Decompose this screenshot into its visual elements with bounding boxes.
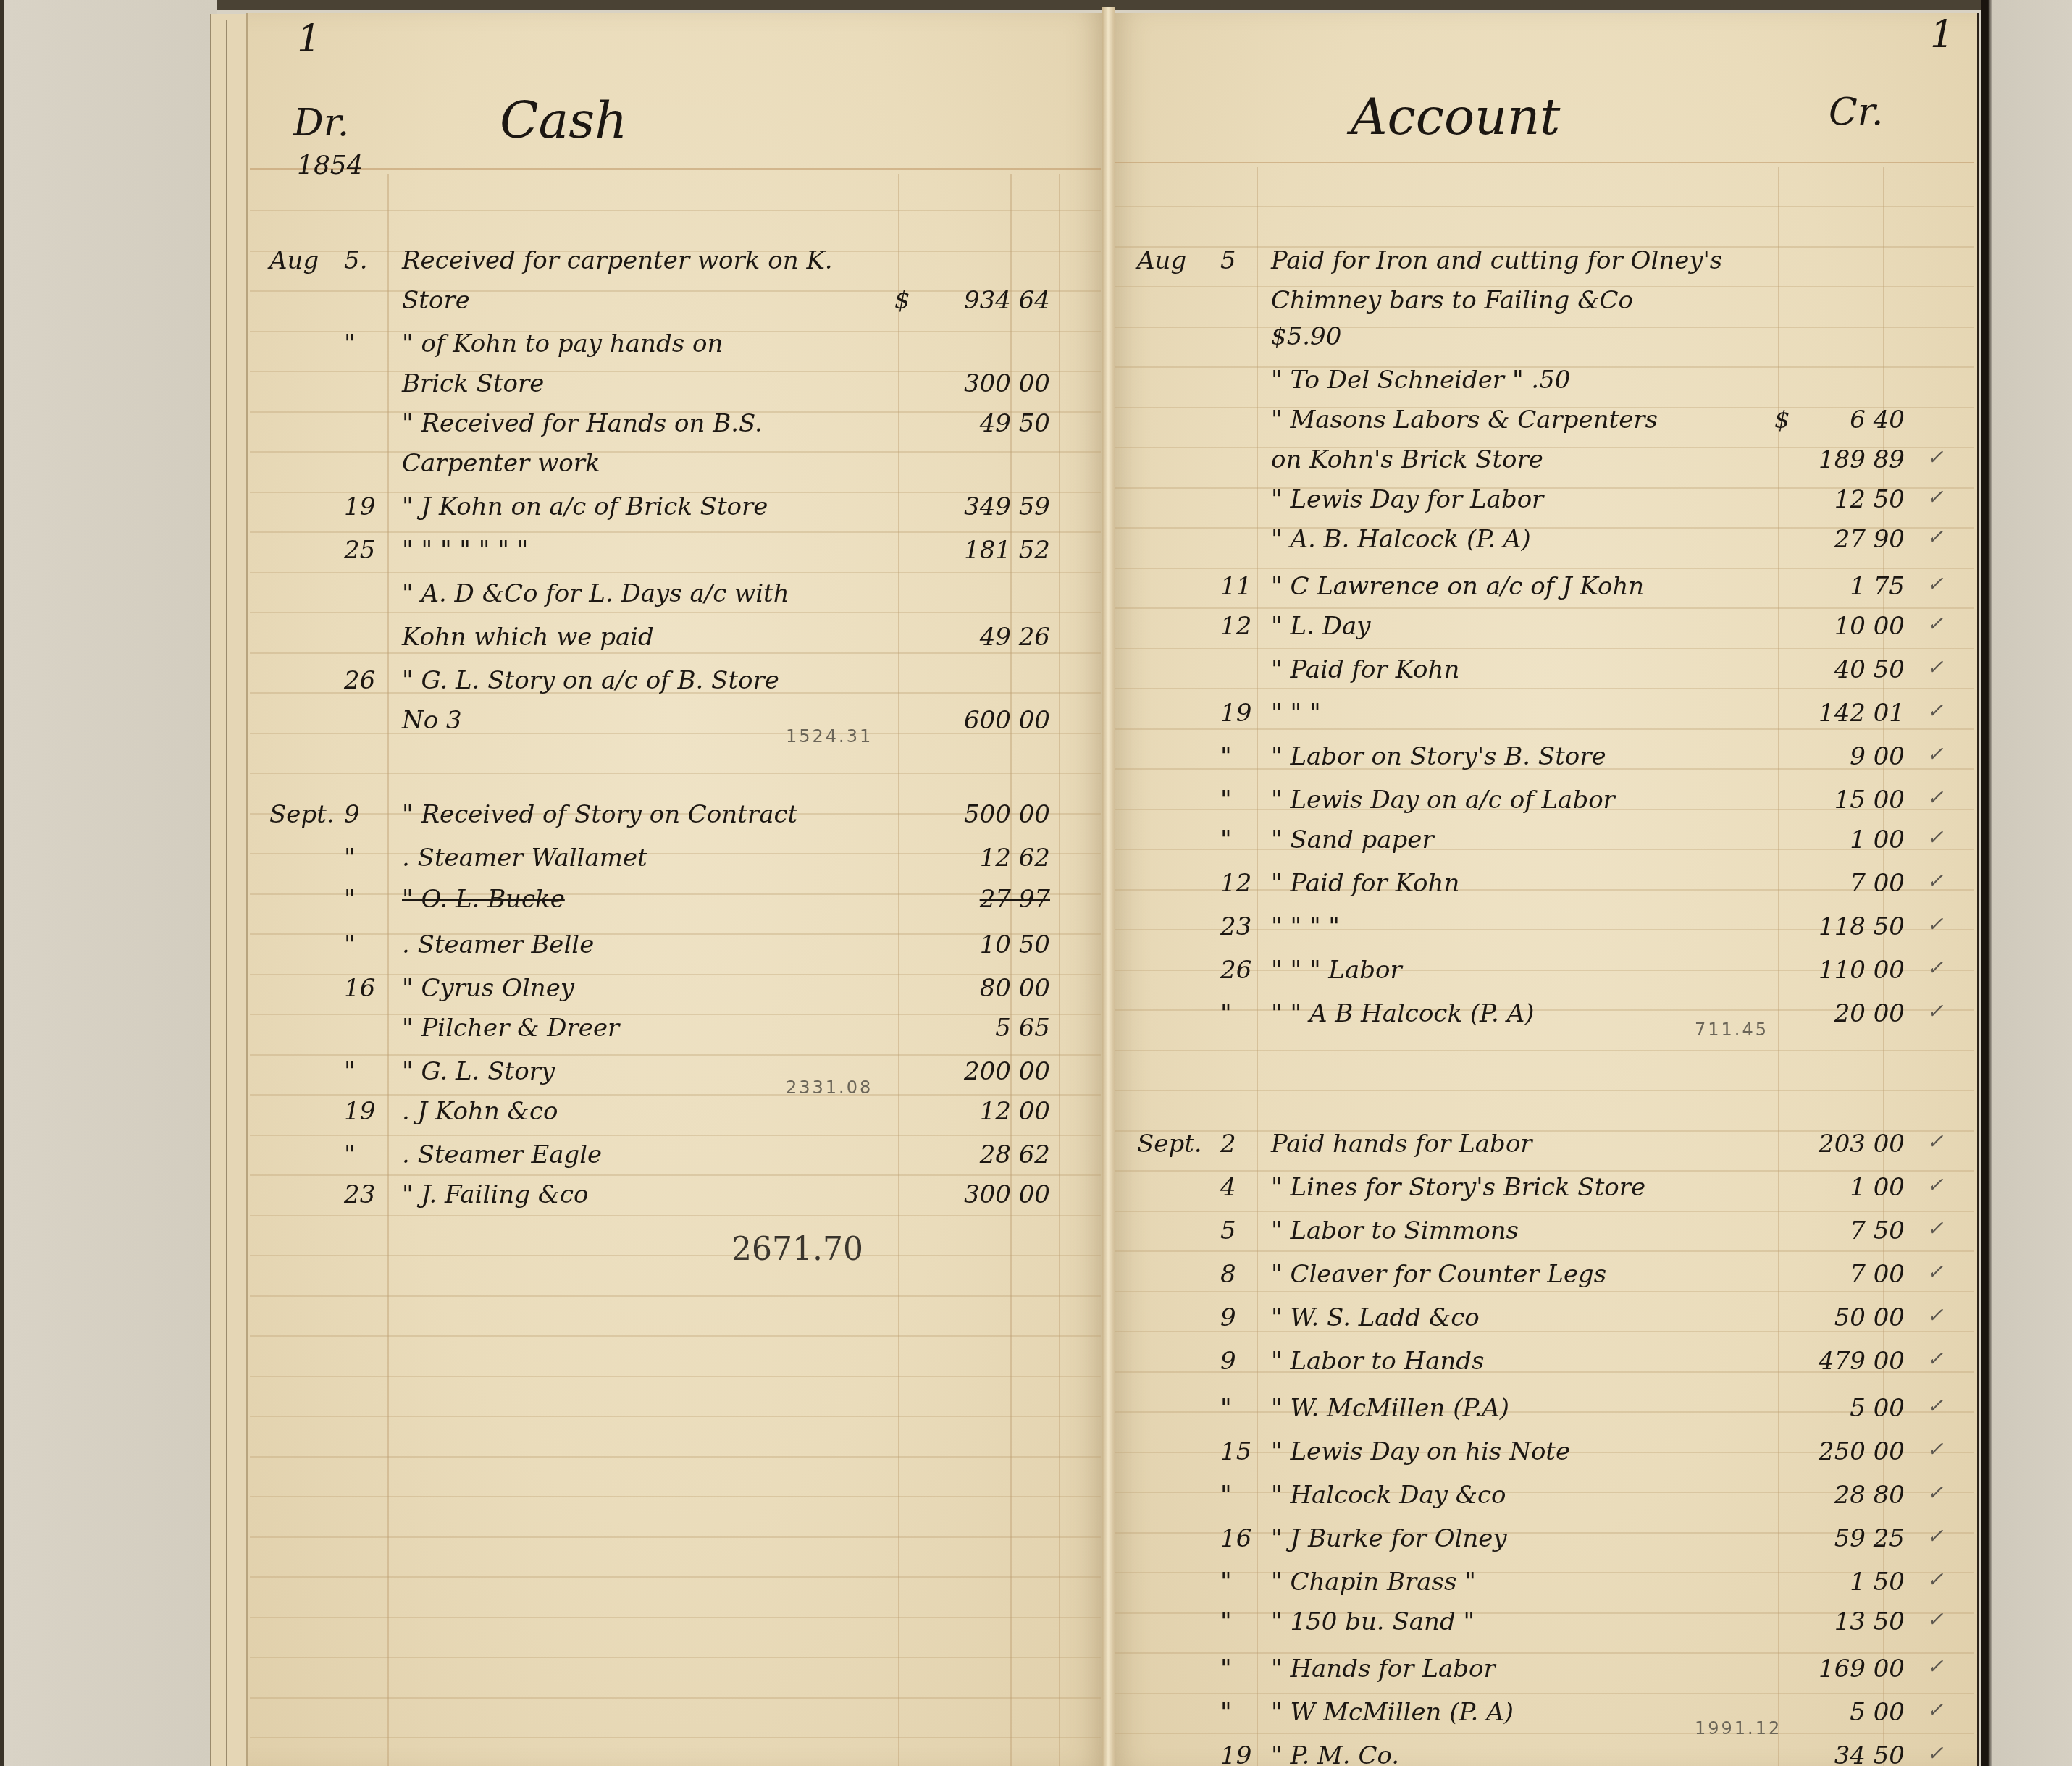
row-rule xyxy=(250,1054,1101,1056)
entry-amount: 5 00 xyxy=(1774,1698,1905,1727)
entry-day: " xyxy=(1220,1394,1232,1423)
checkmark-icon: ✓ xyxy=(1926,1347,1943,1371)
entry-amount: 142 01 xyxy=(1774,699,1905,728)
entry-description: " Cyrus Olney xyxy=(402,974,574,1003)
row-rule xyxy=(1115,206,1974,207)
entry-day: 11 xyxy=(1220,572,1251,601)
pencil-subtotal: 1991.12 xyxy=(1695,1718,1782,1738)
debit-label: Dr. xyxy=(293,101,349,145)
entry-amount: 49 50 xyxy=(920,409,1050,438)
entry-month: Sept. xyxy=(269,800,335,829)
row-rule xyxy=(1115,607,1974,609)
row-rule xyxy=(250,612,1101,613)
row-rule xyxy=(250,1617,1101,1618)
entry-amount: 600 00 xyxy=(920,706,1050,735)
entry-amount: 203 00 xyxy=(1774,1130,1905,1159)
entry-description: " Labor to Hands xyxy=(1271,1347,1485,1376)
checkmark-icon: ✓ xyxy=(1926,1216,1943,1240)
row-rule xyxy=(1115,568,1974,569)
entry-amount: 27 90 xyxy=(1774,525,1905,554)
entry-description: " A. B. Halcock (P. A) xyxy=(1271,525,1531,554)
entry-day: 26 xyxy=(1220,956,1251,985)
entry-amount: 80 00 xyxy=(920,974,1050,1003)
row-rule xyxy=(250,652,1101,654)
pencil-subtotal: 1524.31 xyxy=(786,726,873,747)
entry-amount: 200 00 xyxy=(920,1057,1050,1086)
row-rule xyxy=(1115,1693,1974,1694)
checkmark-icon: ✓ xyxy=(1926,999,1943,1023)
entry-description: . Steamer Eagle xyxy=(402,1140,602,1169)
entry-description: " Lewis Day on his Note xyxy=(1271,1437,1570,1466)
entry-description: " " " " " " " xyxy=(402,536,528,565)
entry-description: " P. M. Co. xyxy=(1271,1741,1399,1766)
entry-amount: 12 50 xyxy=(1774,485,1905,514)
entry-day: 25 xyxy=(344,536,375,565)
checkmark-icon: ✓ xyxy=(1926,525,1943,549)
row-rule xyxy=(250,1536,1101,1538)
entry-amount: 169 00 xyxy=(1774,1654,1905,1683)
entry-amount: 5 65 xyxy=(920,1014,1050,1043)
entry-description: " Lewis Day for Labor xyxy=(1271,485,1543,514)
checkmark-icon: ✓ xyxy=(1926,1173,1943,1197)
checkmark-icon: ✓ xyxy=(1926,485,1943,509)
entry-description: " W McMillen (P. A) xyxy=(1271,1698,1514,1727)
entry-amount: 50 00 xyxy=(1774,1303,1905,1332)
left-page-number: 1 xyxy=(297,17,321,61)
entry-amount: 1 00 xyxy=(1774,825,1905,854)
entry-description: " 150 bu. Sand " xyxy=(1271,1607,1475,1636)
row-rule xyxy=(250,1335,1101,1337)
entry-day: 9 xyxy=(1220,1347,1236,1376)
entry-day: " xyxy=(1220,742,1232,771)
entry-amount: 1 50 xyxy=(1774,1568,1905,1597)
row-rule xyxy=(1115,728,1974,730)
row-rule xyxy=(1115,327,1974,328)
row-rule xyxy=(1115,1211,1974,1212)
row-rule xyxy=(250,531,1101,533)
entry-day: 12 xyxy=(1220,612,1251,641)
entry-day: 23 xyxy=(344,1180,375,1209)
entry-amount: 12 62 xyxy=(920,844,1050,873)
entry-description: " J Kohn on a/c of Brick Store xyxy=(402,492,768,521)
entry-day: 8 xyxy=(1220,1260,1236,1289)
column-rule xyxy=(898,174,899,1766)
entry-description: " To Del Schneider " .50 xyxy=(1271,366,1570,395)
entry-description: " W. S. Ladd &co xyxy=(1271,1303,1480,1332)
checkmark-icon: ✓ xyxy=(1926,1568,1943,1591)
entry-day: 16 xyxy=(344,974,375,1003)
entry-amount: 49 26 xyxy=(920,623,1050,652)
row-rule xyxy=(250,1174,1101,1176)
entry-day: 19 xyxy=(1220,1741,1251,1766)
checkmark-icon: ✓ xyxy=(1926,1481,1943,1505)
entry-description: " J. Failing &co xyxy=(402,1180,588,1209)
entry-description: Kohn which we paid xyxy=(402,623,654,652)
entry-day: " xyxy=(1220,999,1232,1028)
entry-day: " xyxy=(344,930,356,959)
entry-amount: 27 97 xyxy=(920,885,1050,914)
scan-top-edge xyxy=(0,0,2072,10)
entry-day: " xyxy=(1220,786,1232,815)
entry-description: " Paid for Kohn xyxy=(1271,655,1459,684)
row-rule xyxy=(250,1094,1101,1096)
pencil-subtotal: 711.45 xyxy=(1695,1019,1769,1040)
entry-day: 5. xyxy=(344,246,367,275)
entry-day: 19 xyxy=(1220,699,1251,728)
checkmark-icon: ✓ xyxy=(1926,1741,1943,1765)
entry-day: " xyxy=(1220,825,1232,854)
page-title-cash: Cash xyxy=(500,91,627,150)
entry-amount: 479 00 xyxy=(1774,1347,1905,1376)
entry-day: 2 xyxy=(1220,1130,1236,1159)
entry-amount: 20 00 xyxy=(1774,999,1905,1028)
column-rule xyxy=(387,174,389,1766)
checkmark-icon: ✓ xyxy=(1926,1394,1943,1418)
entry-day: " xyxy=(344,329,356,358)
entry-amount: 1 75 xyxy=(1774,572,1905,601)
entry-amount: 110 00 xyxy=(1774,956,1905,985)
entry-month: Aug xyxy=(269,246,319,275)
entry-amount: 28 62 xyxy=(920,1140,1050,1169)
checkmark-icon: ✓ xyxy=(1926,1698,1943,1722)
row-rule xyxy=(1115,688,1974,689)
checkmark-icon: ✓ xyxy=(1926,1260,1943,1284)
row-rule xyxy=(250,1496,1101,1497)
row-rule xyxy=(1115,1652,1974,1654)
entry-description: No 3 xyxy=(402,706,462,735)
book-binding-gutter xyxy=(1102,7,1115,1766)
row-rule xyxy=(250,572,1101,573)
entry-amount: 250 00 xyxy=(1774,1437,1905,1466)
row-rule xyxy=(250,1576,1101,1578)
row-rule xyxy=(250,1376,1101,1377)
entry-description: Brick Store xyxy=(402,369,544,398)
entry-description: " Lines for Story's Brick Store xyxy=(1271,1173,1645,1202)
column-rule xyxy=(1059,174,1060,1766)
row-rule xyxy=(250,210,1101,211)
entry-description: " O. L. Bucke xyxy=(402,885,565,914)
entry-day: " xyxy=(344,885,356,914)
entry-amount: 500 00 xyxy=(920,800,1050,829)
checkmark-icon: ✓ xyxy=(1926,612,1943,636)
entry-description: " Paid for Kohn xyxy=(1271,869,1459,898)
entry-description: Received for carpenter work on K. xyxy=(402,246,833,275)
ledger-year: 1854 xyxy=(297,151,364,180)
entry-day: " xyxy=(1220,1568,1232,1597)
entry-description: " Masons Labors & Carpenters xyxy=(1271,405,1658,434)
column-rule xyxy=(1257,167,1258,1766)
checkmark-icon: ✓ xyxy=(1926,445,1943,469)
row-rule xyxy=(1115,161,1974,166)
checkmark-icon: ✓ xyxy=(1926,1437,1943,1461)
entry-description: Store xyxy=(402,286,470,315)
entry-description: " " " " xyxy=(1271,912,1340,941)
entry-day: " xyxy=(344,1057,356,1086)
row-rule xyxy=(1115,1090,1974,1091)
entry-description: " G. L. Story xyxy=(402,1057,555,1086)
entry-description: " Halcock Day &co xyxy=(1271,1481,1506,1510)
row-rule xyxy=(1115,1170,1974,1172)
entry-description: " G. L. Story on a/c of B. Store xyxy=(402,666,779,695)
entry-description: " Chapin Brass " xyxy=(1271,1568,1476,1597)
entry-description: . Steamer Belle xyxy=(402,930,594,959)
scan-background-left xyxy=(0,0,217,1766)
row-rule xyxy=(250,451,1101,453)
entry-day: 19 xyxy=(344,492,375,521)
entry-amount: 934 64 xyxy=(920,286,1050,315)
entry-description: " " A B Halcock (P. A) xyxy=(1271,999,1535,1028)
entry-day: " xyxy=(1220,1654,1232,1683)
pencil-total: 2671.70 xyxy=(731,1231,863,1268)
entry-amount: 13 50 xyxy=(1774,1607,1905,1636)
entry-day: 15 xyxy=(1220,1437,1251,1466)
entry-description: " Hands for Labor xyxy=(1271,1654,1496,1683)
credit-label: Cr. xyxy=(1829,91,1883,134)
entry-amount: 10 50 xyxy=(920,930,1050,959)
entry-description: Paid for Iron and cutting for Olney's xyxy=(1271,246,1722,275)
entry-amount: 300 00 xyxy=(920,1180,1050,1209)
checkmark-icon: ✓ xyxy=(1926,1654,1943,1678)
entry-day: 12 xyxy=(1220,869,1251,898)
entry-day: 16 xyxy=(1220,1524,1251,1553)
checkmark-icon: ✓ xyxy=(1926,1607,1943,1631)
row-rule xyxy=(250,168,1101,173)
entry-description: " Received of Story on Contract xyxy=(402,800,797,829)
entry-day: 9 xyxy=(344,800,360,829)
entry-amount: 5 00 xyxy=(1774,1394,1905,1423)
entry-amount: 1 00 xyxy=(1774,1173,1905,1202)
entry-description: " " " xyxy=(1271,699,1321,728)
currency-symbol: $ xyxy=(894,286,910,315)
entry-amount: 12 00 xyxy=(920,1097,1050,1126)
entry-amount: 349 59 xyxy=(920,492,1050,521)
entry-month: Aug xyxy=(1137,246,1186,275)
entry-description: " Received for Hands on B.S. xyxy=(402,409,763,438)
entry-day: 23 xyxy=(1220,912,1251,941)
entry-amount: 7 00 xyxy=(1774,869,1905,898)
row-rule xyxy=(1115,1250,1974,1252)
entry-amount: 59 25 xyxy=(1774,1524,1905,1553)
entry-description: " Cleaver for Counter Legs xyxy=(1271,1260,1606,1289)
checkmark-icon: ✓ xyxy=(1926,1303,1943,1327)
entry-day: " xyxy=(1220,1481,1232,1510)
entry-amount: 118 50 xyxy=(1774,912,1905,941)
entry-description: " A. D &Co for L. Days a/c with xyxy=(402,579,789,608)
entry-description: on Kohn's Brick Store xyxy=(1271,445,1543,474)
entry-amount: 6 40 xyxy=(1774,405,1905,434)
row-rule xyxy=(250,1255,1101,1256)
pencil-subtotal: 2331.08 xyxy=(786,1077,873,1098)
entry-description: Carpenter work xyxy=(402,449,600,478)
row-rule xyxy=(250,1737,1101,1738)
row-rule xyxy=(1115,1733,1974,1734)
row-rule xyxy=(1115,648,1974,649)
page-title-account: Account xyxy=(1351,87,1560,146)
row-rule xyxy=(250,1456,1101,1458)
entry-description: " Lewis Day on a/c of Labor xyxy=(1271,786,1615,815)
entry-description: $5.90 xyxy=(1271,322,1341,351)
entry-day: " xyxy=(1220,1607,1232,1636)
row-rule xyxy=(250,1657,1101,1658)
entry-description: " C Lawrence on a/c of J Kohn xyxy=(1271,572,1644,601)
entry-month: Sept. xyxy=(1137,1130,1202,1159)
entry-day: 26 xyxy=(344,666,375,695)
checkmark-icon: ✓ xyxy=(1926,912,1943,936)
entry-description: Paid hands for Labor xyxy=(1271,1130,1532,1159)
entry-description: " J Burke for Olney xyxy=(1271,1524,1507,1553)
checkmark-icon: ✓ xyxy=(1926,655,1943,679)
entry-day: 19 xyxy=(344,1097,375,1126)
checkmark-icon: ✓ xyxy=(1926,786,1943,810)
entry-day: " xyxy=(1220,1698,1232,1727)
entry-amount: 9 00 xyxy=(1774,742,1905,771)
entry-description: " Labor to Simmons xyxy=(1271,1216,1519,1245)
row-rule xyxy=(250,1295,1101,1297)
row-rule xyxy=(250,1135,1101,1136)
entry-amount: 7 50 xyxy=(1774,1216,1905,1245)
row-rule xyxy=(250,1697,1101,1699)
entry-description: " " " Labor xyxy=(1271,956,1402,985)
checkmark-icon: ✓ xyxy=(1926,699,1943,723)
entry-description: " Labor on Story's B. Store xyxy=(1271,742,1606,771)
entry-day: " xyxy=(344,1140,356,1169)
checkmark-icon: ✓ xyxy=(1926,869,1943,893)
checkmark-icon: ✓ xyxy=(1926,1130,1943,1153)
entry-description: . Steamer Wallamet xyxy=(402,844,647,873)
entry-amount: 189 89 xyxy=(1774,445,1905,474)
scan-background-right xyxy=(1981,0,2072,1766)
checkmark-icon: ✓ xyxy=(1926,742,1943,766)
entry-description: " L. Day xyxy=(1271,612,1370,641)
entry-day: 4 xyxy=(1220,1173,1236,1202)
row-rule xyxy=(250,1416,1101,1417)
row-rule xyxy=(250,1215,1101,1216)
entry-day: 5 xyxy=(1220,246,1236,275)
entry-description: Chimney bars to Failing &Co xyxy=(1271,286,1633,315)
entry-day: 5 xyxy=(1220,1216,1236,1245)
checkmark-icon: ✓ xyxy=(1926,956,1943,980)
entry-amount: 181 52 xyxy=(920,536,1050,565)
entry-description: . J Kohn &co xyxy=(402,1097,558,1126)
entry-day: 9 xyxy=(1220,1303,1236,1332)
entry-amount: 10 00 xyxy=(1774,612,1905,641)
entry-description: " Pilcher & Dreer xyxy=(402,1014,619,1043)
checkmark-icon: ✓ xyxy=(1926,572,1943,596)
entry-amount: 300 00 xyxy=(920,369,1050,398)
row-rule xyxy=(1115,1291,1974,1292)
right-page-number: 1 xyxy=(1930,13,1954,56)
row-rule xyxy=(1115,1050,1974,1051)
entry-amount: 40 50 xyxy=(1774,655,1905,684)
entry-amount: 7 00 xyxy=(1774,1260,1905,1289)
entry-description: " Sand paper xyxy=(1271,825,1434,854)
entry-description: " of Kohn to pay hands on xyxy=(402,329,723,358)
entry-day: " xyxy=(344,844,356,873)
row-rule xyxy=(250,773,1101,774)
entry-amount: 15 00 xyxy=(1774,786,1905,815)
checkmark-icon: ✓ xyxy=(1926,825,1943,849)
entry-amount: 28 80 xyxy=(1774,1481,1905,1510)
entry-description: " W. McMillen (P.A) xyxy=(1271,1394,1509,1423)
checkmark-icon: ✓ xyxy=(1926,1524,1943,1548)
entry-amount: 34 50 xyxy=(1774,1741,1905,1766)
